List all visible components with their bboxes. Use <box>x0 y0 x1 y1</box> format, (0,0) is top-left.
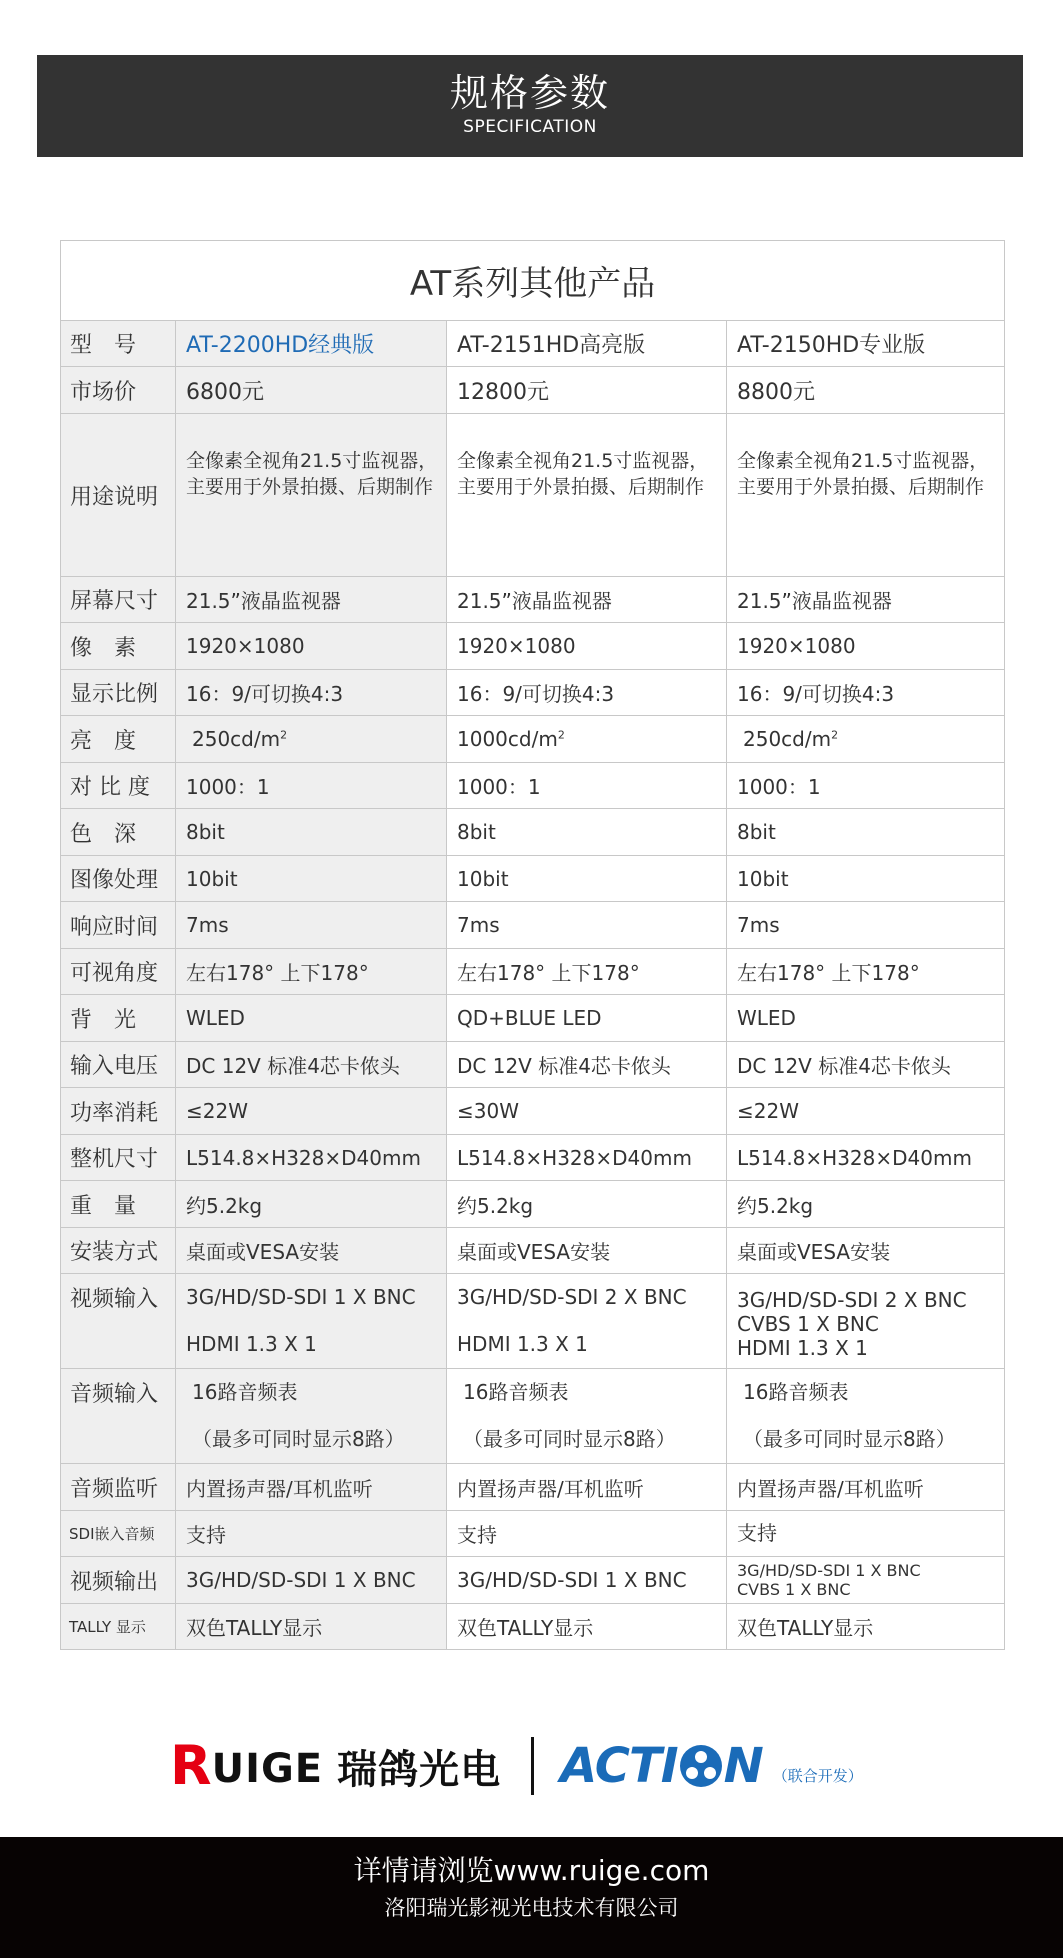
table-row: 像 素 1920×1080 1920×1080 1920×1080 <box>61 623 1005 670</box>
table-cell: 内置扬声器/耳机监听 <box>727 1464 1005 1511</box>
table-cell: 8bit <box>447 809 727 856</box>
row-label: 视频输入 <box>61 1274 176 1369</box>
row-label: 视频输出 <box>61 1557 176 1604</box>
table-cell: 桌面或VESA安装 <box>447 1228 727 1274</box>
table-cell: 8bit <box>727 809 1005 856</box>
table-cell: 21.5”液晶监视器 <box>447 577 727 623</box>
table-cell: 1920×1080 <box>727 623 1005 670</box>
row-label: 显示比例 <box>61 670 176 716</box>
table-cell: 约5.2kg <box>447 1181 727 1228</box>
table-cell: 桌面或VESA安装 <box>727 1228 1005 1274</box>
table-cell: 7ms <box>727 902 1005 949</box>
table-cell: 支持 <box>727 1511 1005 1557</box>
table-row: 用途说明 全像素全视角21.5寸监视器，主要用于外景拍摄、后期制作 全像素全视角… <box>61 414 1005 577</box>
brand-logos: R UIGE 瑞鸽光电 ACTI N （联合开发） <box>170 1736 890 1796</box>
table-row: 显示比例 16：9/可切换4:3 16：9/可切换4:3 16：9/可切换4:3 <box>61 670 1005 716</box>
table-cell: 12800元 <box>447 367 727 414</box>
table-cell: 双色TALLY显示 <box>447 1604 727 1650</box>
row-label: 响应时间 <box>61 902 176 949</box>
table-cell: L514.8×H328×D40mm <box>176 1135 447 1181</box>
table-cell: 1920×1080 <box>447 623 727 670</box>
joint-development-note: （联合开发） <box>773 1765 863 1786</box>
row-label: 像 素 <box>61 623 176 670</box>
table-cell: 3G/HD/SD-SDI 1 X BNC CVBS 1 X BNC <box>727 1557 1005 1604</box>
footer: 详情请浏览www.ruige.com 洛阳瑞光影视光电技术有限公司 <box>0 1837 1063 1958</box>
row-label: 市场价 <box>61 367 176 414</box>
row-label: 音频输入 <box>61 1369 176 1464</box>
footer-website: 详情请浏览www.ruige.com <box>0 1837 1063 1889</box>
table-row: 市场价 6800元 12800元 8800元 <box>61 367 1005 414</box>
table-cell: 1000：1 <box>447 763 727 809</box>
table-cell: 全像素全视角21.5寸监视器，主要用于外景拍摄、后期制作 <box>727 414 1005 577</box>
table-row: 输入电压 DC 12V 标准4芯卡侬头 DC 12V 标准4芯卡侬头 DC 12… <box>61 1042 1005 1088</box>
table-cell: 3G/HD/SD-SDI 1 X BNC <box>176 1557 447 1604</box>
table-cell: 双色TALLY显示 <box>176 1604 447 1650</box>
table-cell: 支持 <box>447 1511 727 1557</box>
row-label: 可视角度 <box>61 949 176 995</box>
table-cell: 桌面或VESA安装 <box>176 1228 447 1274</box>
action-logo: ACTI N <box>560 1738 763 1794</box>
banner-title: 规格参数 <box>37 55 1023 116</box>
table-cell: 1000：1 <box>176 763 447 809</box>
row-label: 用途说明 <box>61 414 176 577</box>
table-row: 屏幕尺寸 21.5”液晶监视器 21.5”液晶监视器 21.5”液晶监视器 <box>61 577 1005 623</box>
row-label: 安装方式 <box>61 1228 176 1274</box>
table-row: 色 深 8bit 8bit 8bit <box>61 809 1005 856</box>
table-cell: 10bit <box>176 856 447 902</box>
action-reel-icon <box>680 1745 722 1787</box>
row-label: 背 光 <box>61 995 176 1042</box>
table-cell: 3G/HD/SD-SDI 1 X BNC HDMI 1.3 X 1 <box>176 1274 447 1369</box>
table-cell: WLED <box>727 995 1005 1042</box>
model-name-2: AT-2151HD高亮版 <box>447 321 727 367</box>
table-cell: 支持 <box>176 1511 447 1557</box>
table-cell: 1000：1 <box>727 763 1005 809</box>
table-cell: 250cd/m2 <box>727 716 1005 763</box>
ruige-logo: R UIGE <box>170 1741 323 1791</box>
table-row-audio-input: 音频输入 16路音频表 （最多可同时显示8路） 16路音频表 （最多可同时显示8… <box>61 1369 1005 1464</box>
table-cell: DC 12V 标准4芯卡侬头 <box>176 1042 447 1088</box>
row-label: 重 量 <box>61 1181 176 1228</box>
table-row-audio-monitor: 音频监听 内置扬声器/耳机监听 内置扬声器/耳机监听 内置扬声器/耳机监听 <box>61 1464 1005 1511</box>
logo-divider <box>531 1737 534 1795</box>
footer-company: 洛阳瑞光影视光电技术有限公司 <box>0 1889 1063 1923</box>
table-row: 可视角度 左右178° 上下178° 左右178° 上下178° 左右178° … <box>61 949 1005 995</box>
table-cell: 16路音频表 （最多可同时显示8路） <box>447 1369 727 1464</box>
table-cell: 左右178° 上下178° <box>447 949 727 995</box>
row-label: 整机尺寸 <box>61 1135 176 1181</box>
row-label: 屏幕尺寸 <box>61 577 176 623</box>
table-cell: ≤30W <box>447 1088 727 1135</box>
table-cell: 约5.2kg <box>176 1181 447 1228</box>
table-cell: 全像素全视角21.5寸监视器，主要用于外景拍摄、后期制作 <box>176 414 447 577</box>
table-cell: 7ms <box>176 902 447 949</box>
table-cell: 双色TALLY显示 <box>727 1604 1005 1650</box>
table-cell: ≤22W <box>727 1088 1005 1135</box>
table-cell: 1000cd/m2 <box>447 716 727 763</box>
table-row: 重 量 约5.2kg 约5.2kg 约5.2kg <box>61 1181 1005 1228</box>
table-row: 功率消耗 ≤22W ≤30W ≤22W <box>61 1088 1005 1135</box>
table-cell: 16：9/可切换4:3 <box>447 670 727 716</box>
row-label: 型 号 <box>61 321 176 367</box>
row-label: 对 比 度 <box>61 763 176 809</box>
table-row: 图像处理 10bit 10bit 10bit <box>61 856 1005 902</box>
table-caption: AT系列其他产品 <box>61 241 1005 321</box>
table-cell: L514.8×H328×D40mm <box>727 1135 1005 1181</box>
table-row-model: 型 号 AT-2200HD经典版 AT-2151HD高亮版 AT-2150HD专… <box>61 321 1005 367</box>
table-cell: 内置扬声器/耳机监听 <box>447 1464 727 1511</box>
spec-table: AT系列其他产品 型 号 AT-2200HD经典版 AT-2151HD高亮版 A… <box>60 240 1005 1650</box>
table-cell: 10bit <box>727 856 1005 902</box>
table-cell: 7ms <box>447 902 727 949</box>
table-cell: 3G/HD/SD-SDI 1 X BNC <box>447 1557 727 1604</box>
table-row: 整机尺寸 L514.8×H328×D40mm L514.8×H328×D40mm… <box>61 1135 1005 1181</box>
row-label: 音频监听 <box>61 1464 176 1511</box>
row-label: 图像处理 <box>61 856 176 902</box>
table-cell: 左右178° 上下178° <box>727 949 1005 995</box>
table-cell: 全像素全视角21.5寸监视器，主要用于外景拍摄、后期制作 <box>447 414 727 577</box>
table-cell: DC 12V 标准4芯卡侬头 <box>727 1042 1005 1088</box>
banner-subtitle: SPECIFICATION <box>37 116 1023 138</box>
table-cell: 1920×1080 <box>176 623 447 670</box>
table-cell: WLED <box>176 995 447 1042</box>
table-cell: 21.5”液晶监视器 <box>727 577 1005 623</box>
table-row: 对 比 度 1000：1 1000：1 1000：1 <box>61 763 1005 809</box>
table-row: 亮 度 250cd/m2 1000cd/m2 250cd/m2 <box>61 716 1005 763</box>
table-caption-row: AT系列其他产品 <box>61 241 1005 321</box>
row-label: 色 深 <box>61 809 176 856</box>
table-cell: 3G/HD/SD-SDI 2 X BNC CVBS 1 X BNC HDMI 1… <box>727 1274 1005 1369</box>
table-row: 响应时间 7ms 7ms 7ms <box>61 902 1005 949</box>
table-row-tally: TALLY 显示 双色TALLY显示 双色TALLY显示 双色TALLY显示 <box>61 1604 1005 1650</box>
table-cell: 约5.2kg <box>727 1181 1005 1228</box>
ruige-chinese-name: 瑞鸽光电 <box>337 1738 501 1795</box>
table-cell: 16：9/可切换4:3 <box>176 670 447 716</box>
table-row: 安装方式 桌面或VESA安装 桌面或VESA安装 桌面或VESA安装 <box>61 1228 1005 1274</box>
table-cell: 6800元 <box>176 367 447 414</box>
table-cell: 16路音频表 （最多可同时显示8路） <box>727 1369 1005 1464</box>
table-cell: 8800元 <box>727 367 1005 414</box>
row-label: 亮 度 <box>61 716 176 763</box>
table-cell: 16：9/可切换4:3 <box>727 670 1005 716</box>
table-cell: QD+BLUE LED <box>447 995 727 1042</box>
table-cell: 左右178° 上下178° <box>176 949 447 995</box>
table-row-sdi-audio: SDI嵌入音频 支持 支持 支持 <box>61 1511 1005 1557</box>
table-cell: L514.8×H328×D40mm <box>447 1135 727 1181</box>
table-cell: 21.5”液晶监视器 <box>176 577 447 623</box>
model-name-1: AT-2200HD经典版 <box>176 321 447 367</box>
spec-banner: 规格参数 SPECIFICATION <box>37 55 1023 157</box>
model-name-3: AT-2150HD专业版 <box>727 321 1005 367</box>
row-label: SDI嵌入音频 <box>61 1511 176 1557</box>
table-row: 背 光 WLED QD+BLUE LED WLED <box>61 995 1005 1042</box>
row-label: TALLY 显示 <box>61 1604 176 1650</box>
table-cell: 3G/HD/SD-SDI 2 X BNC HDMI 1.3 X 1 <box>447 1274 727 1369</box>
table-cell: 8bit <box>176 809 447 856</box>
table-row-video-output: 视频输出 3G/HD/SD-SDI 1 X BNC 3G/HD/SD-SDI 1… <box>61 1557 1005 1604</box>
row-label: 功率消耗 <box>61 1088 176 1135</box>
table-cell: 16路音频表 （最多可同时显示8路） <box>176 1369 447 1464</box>
table-cell: ≤22W <box>176 1088 447 1135</box>
row-label: 输入电压 <box>61 1042 176 1088</box>
table-cell: 内置扬声器/耳机监听 <box>176 1464 447 1511</box>
table-row-video-input: 视频输入 3G/HD/SD-SDI 1 X BNC HDMI 1.3 X 1 3… <box>61 1274 1005 1369</box>
table-cell: 10bit <box>447 856 727 902</box>
table-cell: 250cd/m2 <box>176 716 447 763</box>
table-cell: DC 12V 标准4芯卡侬头 <box>447 1042 727 1088</box>
